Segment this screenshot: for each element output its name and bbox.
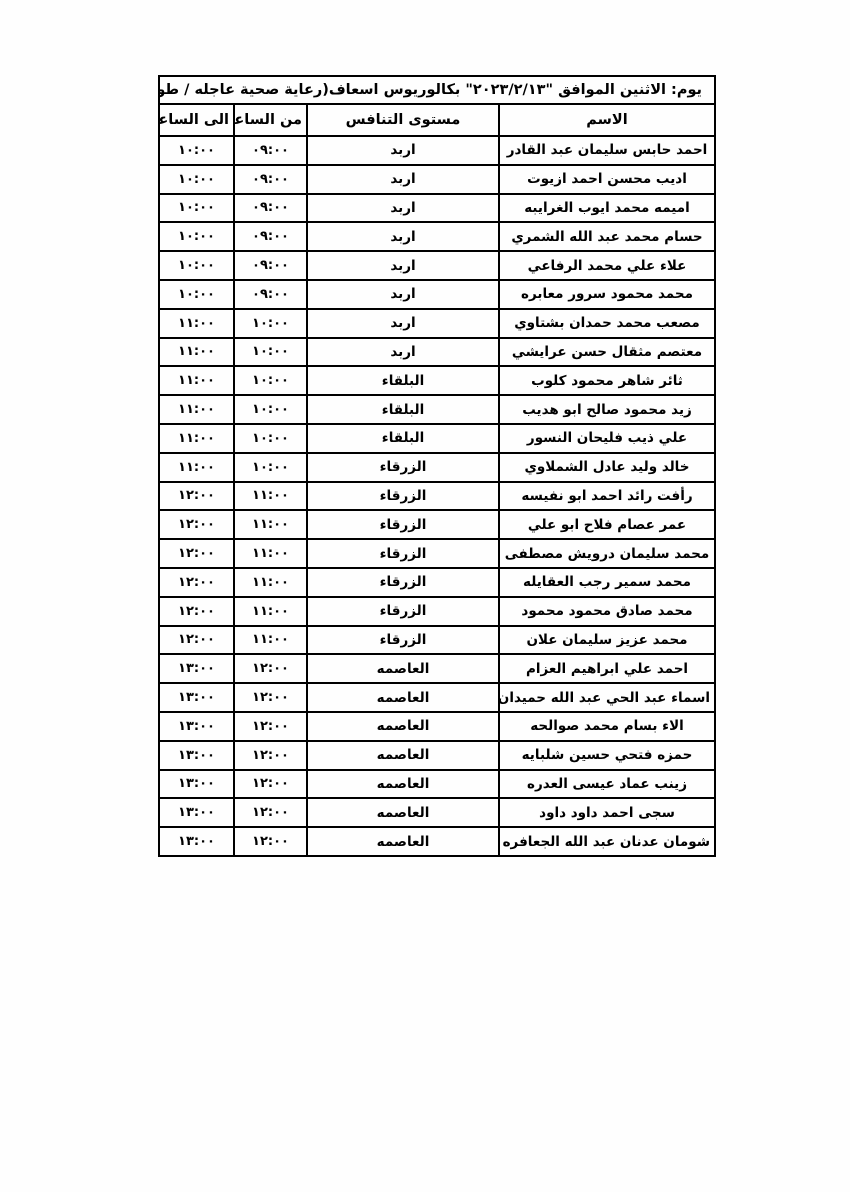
cell-name: ثائر شاهر محمود كلوب	[499, 366, 715, 395]
cell-from: ١٠:٠٠	[234, 338, 307, 367]
cell-name: زينب عماد عيسى العدره	[499, 770, 715, 799]
schedule-table: يوم: الاثنين الموافق "٢٠٢٣/٢/١٣" بكالوري…	[158, 75, 716, 857]
cell-from: ٠٩:٠٠	[234, 222, 307, 251]
cell-name: معتصم مثقال حسن عرايشي	[499, 338, 715, 367]
cell-name: اميمه محمد ايوب الغرايبه	[499, 194, 715, 223]
cell-to: ١١:٠٠	[159, 395, 234, 424]
table-row: خالد وليد عادل الشملاويالزرقاء١٠:٠٠١١:٠٠	[159, 453, 715, 482]
cell-level: الزرقاء	[307, 539, 499, 568]
cell-level: اربد	[307, 251, 499, 280]
cell-level: الزرقاء	[307, 510, 499, 539]
cell-to: ١٣:٠٠	[159, 741, 234, 770]
cell-to: ١٠:٠٠	[159, 280, 234, 309]
cell-from: ١٢:٠٠	[234, 683, 307, 712]
cell-from: ١٢:٠٠	[234, 712, 307, 741]
table-row: محمد سليمان درويش مصطفىالزرقاء١١:٠٠١٢:٠٠	[159, 539, 715, 568]
document-page: يوم: الاثنين الموافق "٢٠٢٣/٢/١٣" بكالوري…	[0, 0, 850, 1192]
cell-level: الزرقاء	[307, 482, 499, 511]
table-row: محمد سمير رجب العقايلهالزرقاء١١:٠٠١٢:٠٠	[159, 568, 715, 597]
cell-name: محمد سليمان درويش مصطفى	[499, 539, 715, 568]
header-from: من الساعة	[234, 104, 307, 136]
cell-level: البلقاء	[307, 424, 499, 453]
cell-name: خالد وليد عادل الشملاوي	[499, 453, 715, 482]
cell-name: زيد محمود صالح ابو هديب	[499, 395, 715, 424]
header-to: الى الساعة	[159, 104, 234, 136]
cell-level: العاصمه	[307, 770, 499, 799]
cell-from: ٠٩:٠٠	[234, 251, 307, 280]
table-row: ثائر شاهر محمود كلوبالبلقاء١٠:٠٠١١:٠٠	[159, 366, 715, 395]
cell-level: الزرقاء	[307, 568, 499, 597]
cell-level: البلقاء	[307, 366, 499, 395]
cell-name: شومان عدنان عبد الله الجعافره	[499, 827, 715, 856]
cell-name: علي ذيب فليحان النسور	[499, 424, 715, 453]
cell-level: اربد	[307, 222, 499, 251]
table-header-row: الاسم مستوى التنافس من الساعة الى الساعة	[159, 104, 715, 136]
cell-level: اربد	[307, 194, 499, 223]
cell-to: ١٠:٠٠	[159, 222, 234, 251]
cell-from: ٠٩:٠٠	[234, 280, 307, 309]
cell-name: محمد محمود سرور معابره	[499, 280, 715, 309]
cell-to: ١١:٠٠	[159, 366, 234, 395]
cell-level: العاصمه	[307, 683, 499, 712]
cell-from: ١٢:٠٠	[234, 798, 307, 827]
cell-name: عمر عصام فلاح ابو علي	[499, 510, 715, 539]
cell-from: ١١:٠٠	[234, 597, 307, 626]
cell-name: سجى احمد داود داود	[499, 798, 715, 827]
cell-to: ١٣:٠٠	[159, 798, 234, 827]
cell-name: رأفت رائد احمد ابو نفيسه	[499, 482, 715, 511]
table-row: علاء علي محمد الرفاعياربد٠٩:٠٠١٠:٠٠	[159, 251, 715, 280]
cell-level: اربد	[307, 280, 499, 309]
table-row: رأفت رائد احمد ابو نفيسهالزرقاء١١:٠٠١٢:٠…	[159, 482, 715, 511]
cell-from: ١٢:٠٠	[234, 827, 307, 856]
cell-to: ١٢:٠٠	[159, 510, 234, 539]
table-row: شومان عدنان عبد الله الجعافرهالعاصمه١٢:٠…	[159, 827, 715, 856]
table-row: معتصم مثقال حسن عرايشياربد١٠:٠٠١١:٠٠	[159, 338, 715, 367]
cell-from: ١٢:٠٠	[234, 741, 307, 770]
cell-level: اربد	[307, 338, 499, 367]
table-row: محمد صادق محمود محمودالزرقاء١١:٠٠١٢:٠٠	[159, 597, 715, 626]
cell-name: محمد عزيز سليمان علان	[499, 626, 715, 655]
table-row: سجى احمد داود داودالعاصمه١٢:٠٠١٣:٠٠	[159, 798, 715, 827]
table-row: زيد محمود صالح ابو هديبالبلقاء١٠:٠٠١١:٠٠	[159, 395, 715, 424]
cell-from: ١٠:٠٠	[234, 453, 307, 482]
cell-to: ١٣:٠٠	[159, 683, 234, 712]
cell-to: ١١:٠٠	[159, 424, 234, 453]
table-row: محمد محمود سرور معابرهاربد٠٩:٠٠١٠:٠٠	[159, 280, 715, 309]
header-level: مستوى التنافس	[307, 104, 499, 136]
cell-to: ١٢:٠٠	[159, 482, 234, 511]
cell-to: ١٠:٠٠	[159, 251, 234, 280]
cell-level: العاصمه	[307, 741, 499, 770]
table-row: اديب محسن احمد ازيوتاربد٠٩:٠٠١٠:٠٠	[159, 165, 715, 194]
cell-from: ٠٩:٠٠	[234, 165, 307, 194]
cell-to: ١٢:٠٠	[159, 626, 234, 655]
cell-from: ١٢:٠٠	[234, 654, 307, 683]
cell-from: ١١:٠٠	[234, 510, 307, 539]
cell-to: ١١:٠٠	[159, 309, 234, 338]
cell-from: ٠٩:٠٠	[234, 194, 307, 223]
cell-to: ١٠:٠٠	[159, 194, 234, 223]
cell-name: الاء بسام محمد صوالحه	[499, 712, 715, 741]
cell-name: احمد علي ابراهيم العزام	[499, 654, 715, 683]
cell-to: ١٠:٠٠	[159, 136, 234, 165]
table-row: الاء بسام محمد صوالحهالعاصمه١٢:٠٠١٣:٠٠	[159, 712, 715, 741]
cell-name: مصعب محمد حمدان بشتاوي	[499, 309, 715, 338]
cell-name: اسماء عبد الحي عبد الله حميدان	[499, 683, 715, 712]
cell-to: ١٠:٠٠	[159, 165, 234, 194]
cell-to: ١٢:٠٠	[159, 568, 234, 597]
cell-from: ١٠:٠٠	[234, 424, 307, 453]
cell-to: ١٢:٠٠	[159, 597, 234, 626]
cell-name: احمد حابس سليمان عبد القادر	[499, 136, 715, 165]
cell-from: ١١:٠٠	[234, 482, 307, 511]
table-row: علي ذيب فليحان النسورالبلقاء١٠:٠٠١١:٠٠	[159, 424, 715, 453]
table-row: اميمه محمد ايوب الغرايبهاربد٠٩:٠٠١٠:٠٠	[159, 194, 715, 223]
cell-level: العاصمه	[307, 712, 499, 741]
cell-from: ١٠:٠٠	[234, 309, 307, 338]
cell-from: ١٠:٠٠	[234, 366, 307, 395]
cell-level: العاصمه	[307, 654, 499, 683]
header-name: الاسم	[499, 104, 715, 136]
table-row: احمد حابس سليمان عبد القادراربد٠٩:٠٠١٠:٠…	[159, 136, 715, 165]
cell-level: الزرقاء	[307, 626, 499, 655]
table-row: حمزه فتحي حسين شلبايهالعاصمه١٢:٠٠١٣:٠٠	[159, 741, 715, 770]
cell-level: العاصمه	[307, 827, 499, 856]
table-title: يوم: الاثنين الموافق "٢٠٢٣/٢/١٣" بكالوري…	[159, 76, 715, 104]
table-row: اسماء عبد الحي عبد الله حميدانالعاصمه١٢:…	[159, 683, 715, 712]
cell-level: العاصمه	[307, 798, 499, 827]
cell-to: ١٣:٠٠	[159, 827, 234, 856]
cell-from: ١٢:٠٠	[234, 770, 307, 799]
table-row: زينب عماد عيسى العدرهالعاصمه١٢:٠٠١٣:٠٠	[159, 770, 715, 799]
cell-name: محمد صادق محمود محمود	[499, 597, 715, 626]
cell-from: ١١:٠٠	[234, 568, 307, 597]
table-row: مصعب محمد حمدان بشتاوياربد١٠:٠٠١١:٠٠	[159, 309, 715, 338]
cell-to: ١١:٠٠	[159, 453, 234, 482]
table-row: حسام محمد عبد الله الشمرياربد٠٩:٠٠١٠:٠٠	[159, 222, 715, 251]
cell-to: ١٢:٠٠	[159, 539, 234, 568]
cell-name: اديب محسن احمد ازيوت	[499, 165, 715, 194]
cell-name: محمد سمير رجب العقايله	[499, 568, 715, 597]
table-row: محمد عزيز سليمان علانالزرقاء١١:٠٠١٢:٠٠	[159, 626, 715, 655]
cell-level: اربد	[307, 309, 499, 338]
cell-name: حمزه فتحي حسين شلبايه	[499, 741, 715, 770]
table-title-row: يوم: الاثنين الموافق "٢٠٢٣/٢/١٣" بكالوري…	[159, 76, 715, 104]
cell-from: ١١:٠٠	[234, 626, 307, 655]
cell-level: اربد	[307, 136, 499, 165]
cell-level: الزرقاء	[307, 453, 499, 482]
cell-level: الزرقاء	[307, 597, 499, 626]
cell-to: ١١:٠٠	[159, 338, 234, 367]
cell-name: حسام محمد عبد الله الشمري	[499, 222, 715, 251]
table-row: احمد علي ابراهيم العزامالعاصمه١٢:٠٠١٣:٠٠	[159, 654, 715, 683]
cell-level: البلقاء	[307, 395, 499, 424]
table-row: عمر عصام فلاح ابو عليالزرقاء١١:٠٠١٢:٠٠	[159, 510, 715, 539]
schedule-table-body: احمد حابس سليمان عبد القادراربد٠٩:٠٠١٠:٠…	[159, 136, 715, 856]
cell-level: اربد	[307, 165, 499, 194]
cell-from: ١١:٠٠	[234, 539, 307, 568]
cell-name: علاء علي محمد الرفاعي	[499, 251, 715, 280]
cell-to: ١٣:٠٠	[159, 654, 234, 683]
cell-from: ١٠:٠٠	[234, 395, 307, 424]
cell-to: ١٣:٠٠	[159, 712, 234, 741]
cell-from: ٠٩:٠٠	[234, 136, 307, 165]
cell-to: ١٣:٠٠	[159, 770, 234, 799]
